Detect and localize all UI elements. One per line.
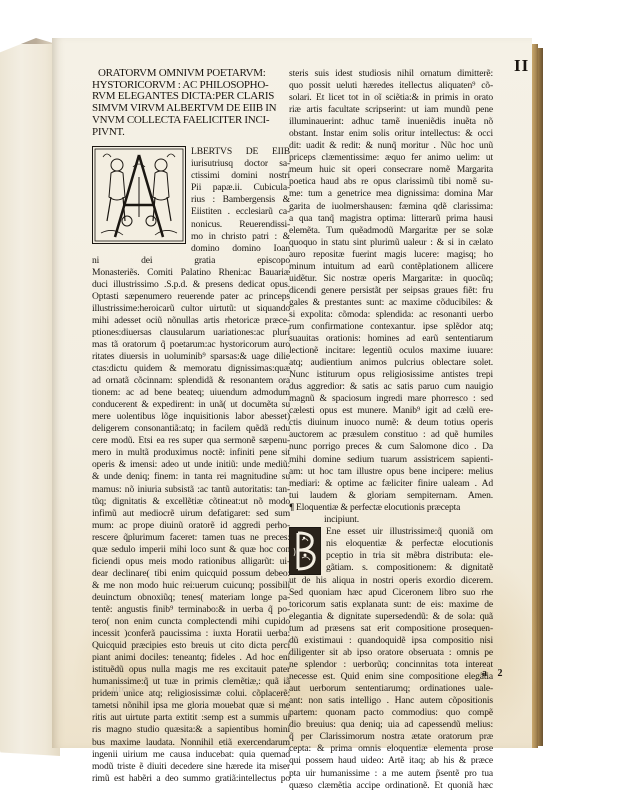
text-line: iurisutriusq doctor sa- bbox=[191, 158, 290, 170]
text-line: magnũ & spaciosum ingredi mare phorresco… bbox=[289, 393, 493, 405]
text-line: tametsi nõnihil ipsa me gloria mouebat q… bbox=[92, 700, 290, 712]
incipit-title: ORATORVM OMNIVM POETARVM: HYSTORICORVM :… bbox=[92, 68, 290, 138]
dedication-opening: LBERTVS DE EIIB iurisutriusq doctor sa- … bbox=[92, 146, 290, 266]
text-line: incessit )conferã paucissima : iuxta Hor… bbox=[92, 628, 290, 640]
text-line: ctissimi domini nostri bbox=[191, 170, 290, 182]
text-line: am: ut hoc tam illustre opus bene incipe… bbox=[289, 466, 493, 478]
text-line: Optasti sæpenumero reuerende pater ac pr… bbox=[92, 291, 290, 303]
dedication-continuation: steris suis idest studiosis nihil ornatu… bbox=[289, 68, 493, 502]
signature-mark: a 2 bbox=[482, 668, 507, 679]
text-line: lectionẽ incitare: legentiũ oculos maxim… bbox=[289, 345, 493, 357]
text-line: me: tum a genetrice mea dignissima: domi… bbox=[289, 188, 493, 200]
text-line: infimũ aut mediocrẽ uirum defatigaret: s… bbox=[92, 508, 290, 520]
text-line: illuminauerint: adhuc tamẽ inueniẽdis in… bbox=[289, 116, 493, 128]
text-line: elegantia & dignitate supersedendũ: & de… bbox=[289, 611, 493, 623]
dedication-body: Monasteriẽs. Comiti Palatino Rheni:ac Ba… bbox=[92, 267, 290, 785]
text-line: LBERTVS DE EIIB bbox=[191, 146, 290, 158]
text-line: mero in multã produximus noctẽ: infiniti… bbox=[92, 447, 290, 459]
text-line: ni dei gratia episcopo bbox=[92, 255, 290, 267]
text-line: tionem: ac ad bene beateq; uiuendum admo… bbox=[92, 387, 290, 399]
text-line: garita de iuolmershausen: fæmina qdẽ cla… bbox=[289, 201, 493, 213]
text-line: mum: ac prope diuinũ oratorẽ id aggredi … bbox=[92, 520, 290, 532]
text-line: solari. Et licet tot in oĩ sciẽtia:& in … bbox=[289, 92, 493, 104]
text-line: conducerent & expedirent: in unã( ut doc… bbox=[92, 399, 290, 411]
title-line: VNVM COLLECTA FAELICITER INCI- bbox=[92, 115, 290, 127]
text-line: & me non modo huic rei:uerum cuicunq; po… bbox=[92, 580, 290, 592]
text-line: mo in christo patri : & bbox=[191, 231, 290, 243]
right-column: steris suis idest studiosis nihil ornatu… bbox=[289, 68, 493, 792]
title-line: ORATORVM OMNIVM POETARVM: bbox=[92, 68, 290, 80]
text-line: elemẽta. Tum quẽadmodũ Margaritæ per se … bbox=[289, 225, 493, 237]
text-line: illustrissime:heroicarũ cultor uirtutũ: … bbox=[92, 303, 290, 315]
shelfmark-stamp: IIIC.2 bbox=[112, 686, 135, 694]
text-line: nonicus. Reuerendissi- bbox=[191, 219, 290, 231]
text-line: aut uerborum sententiarumq; ordinationes… bbox=[289, 683, 493, 695]
left-column: ORATORVM OMNIVM POETARVM: HYSTORICORVM :… bbox=[92, 68, 290, 785]
text-line: rescere q̃plurimum faceret: tamen tuas n… bbox=[92, 532, 290, 544]
text-line: atq; audientium animos pulcrius oblectar… bbox=[289, 357, 493, 369]
folio-number: II bbox=[514, 56, 529, 76]
text-line: quæ sedulo imperii mihi loco sunt & quæ … bbox=[92, 544, 290, 556]
text-line: domino domino Ioan bbox=[191, 243, 290, 255]
text-line: ctas:dictu quidem & memoratu dignissimas… bbox=[92, 363, 290, 375]
treatise-opening: Ene esset uir illustrissime:q̃ quoniã om… bbox=[289, 526, 493, 575]
text-line: dus aggredior: & satis ac satis paruo cu… bbox=[289, 381, 493, 393]
text-line: quo possit ueluti hæredes itellectus ali… bbox=[289, 80, 493, 92]
text-line: diligenter sit ab ipso oratore obseruata… bbox=[289, 647, 493, 659]
text-line: tui laudem & gloriam sempiternam. Amen. bbox=[289, 490, 493, 502]
text-line: ptiones:diuersas clausularum uariationes… bbox=[92, 327, 290, 339]
text-line: poetica haud abs re opus clarissimũ tibi… bbox=[289, 176, 493, 188]
text-line: mihi adesset ociũ nõnullas artis rhetori… bbox=[92, 315, 290, 327]
text-line: Quicquid præcipies esto breuis ut cito d… bbox=[92, 640, 290, 652]
text-line: & unde deniq; finem: in tanta rei magnit… bbox=[92, 471, 290, 483]
text-line: gales & prestantes sunt: ac maxime cõduc… bbox=[289, 297, 493, 309]
pilcrow-icon: ¶ bbox=[289, 502, 294, 513]
text-line: ne splendor : uerborũq; concinnitas tota… bbox=[289, 659, 493, 671]
text-line: tero( non enim cuncta complectendi mihi … bbox=[92, 616, 290, 628]
text-line: rimũ est habẽri a deo summo gratiã:intel… bbox=[92, 773, 290, 785]
text-line: tentẽ: angustis finib⁹ terminabo:& in ue… bbox=[92, 604, 290, 616]
text-line: q̃ per Clarissimorum nostra ætate orator… bbox=[289, 731, 493, 743]
text-line: Eiistiten . ecclesiarũ ca- bbox=[191, 206, 290, 218]
text-line: partem: quonam pacto commodius: quo comp… bbox=[289, 707, 493, 719]
text-line: dicendi genere persistãt per seipsas gra… bbox=[289, 285, 493, 297]
rubric-text: Eloquentiæ & perfectæ elocutionis præcep… bbox=[296, 502, 460, 513]
title-line: RVM ELEGANTES DICTA:PER CLARIS bbox=[92, 91, 290, 103]
text-line: cepta: & prima omnis eloquentiæ elementa… bbox=[289, 743, 493, 755]
text-line: meum huic sit operi consecrare nomẽ Marg… bbox=[289, 164, 493, 176]
text-line: tum ad præsens sat erit compositione pro… bbox=[289, 623, 493, 635]
text-line: steris suis idest studiosis nihil ornatu… bbox=[289, 68, 493, 80]
text-line: auro repositæ fuerint magis lucere: magi… bbox=[289, 249, 493, 261]
text-line: tũq; dignitatis & excellẽtiæ cõtineat:ut… bbox=[92, 496, 290, 508]
text-line: operis & imensi: adeo ut unde initiũ: un… bbox=[92, 459, 290, 471]
verso-page-edge bbox=[0, 38, 60, 756]
text-line: ritis aut uirtute parta extitit :semp es… bbox=[92, 712, 290, 724]
text-line: a qua tanq̃ magistra optima: litterarũ p… bbox=[289, 213, 493, 225]
text-line: Ene esset uir illustrissime:q̃ quoniã om bbox=[326, 526, 493, 538]
text-line: rum confirmatione contexantur. ipse splẽ… bbox=[289, 321, 493, 333]
text-line: rius : Bambergensis & bbox=[191, 194, 290, 206]
text-line: bus maxime laudata. Nonnihil etiã exerce… bbox=[92, 737, 290, 749]
text-line: obstant. Instar enim solis oritur intell… bbox=[289, 128, 493, 140]
section-rubric: ¶Eloquentiæ & perfectæ elocutionis præce… bbox=[289, 502, 493, 526]
text-line: mihi domine sedium tuarum assistricem sa… bbox=[289, 454, 493, 466]
text-line: Monasteriẽs. Comiti Palatino Rheni:ac Ba… bbox=[92, 267, 290, 279]
text-line: si expolita: cõmoda: splendida: ac reson… bbox=[289, 309, 493, 321]
text-line: priceps clæmentissime: æquo fer animo ue… bbox=[289, 152, 493, 164]
text-line: ritates diuersis in uoluminib⁹ sparsas:&… bbox=[92, 351, 290, 363]
text-line: Pii papæ.ii. Cubicula- bbox=[191, 182, 290, 194]
text-line: cælesti opus est munere. Manib⁹ igit ad … bbox=[289, 405, 493, 417]
text-line: gãtiam. s. compositionem: & dignitatẽ bbox=[326, 562, 493, 574]
text-line: ut de his aliqua in nostri operis exordi… bbox=[289, 575, 493, 587]
text-line: dũ existimaui : quandoquidẽ ipsa composi… bbox=[289, 635, 493, 647]
treatise-body: ut de his aliqua in nostri operis exordi… bbox=[289, 575, 493, 792]
text-line: dit: uadit & redit: & nunq̃ moritur . Nũ… bbox=[289, 140, 493, 152]
title-line: HYSTORICORVM : AC PHILOSOPHO- bbox=[92, 80, 290, 92]
text-line: suauitas orationis: homines ad earũ sent… bbox=[289, 333, 493, 345]
text-line: ant: non satis intelligo . Hanc autem cõ… bbox=[289, 695, 493, 707]
text-line: ad ornatã cõcinnam: splendidã & resonant… bbox=[92, 375, 290, 387]
text-line: modũ triste ẽ diuiti decedere sine hæred… bbox=[92, 761, 290, 773]
text-line: uidẽtur. Sic nostræ operis Margaritæ: in… bbox=[289, 273, 493, 285]
woodcut-initial-a-icon bbox=[92, 146, 186, 244]
text-line: qui possem haud uideo: Artẽ itaq; ab his… bbox=[289, 755, 493, 767]
putti-foliage-icon bbox=[93, 147, 185, 243]
text-line: ris magno studio quæsita:& a sapientibus… bbox=[92, 724, 290, 736]
text-line: ctis diuinum inuoco numẽ: & deum totius … bbox=[289, 417, 493, 429]
text-line: ficiendi opus meis modo rationibus allig… bbox=[92, 556, 290, 568]
text-line: necesse est. Quid enim sine compositione… bbox=[289, 671, 493, 683]
text-line: dio breuius: qua deniq; uia ad capessend… bbox=[289, 719, 493, 731]
text-line: mere uolentibus lõge inquisitionis labor… bbox=[92, 411, 290, 423]
text-line: deligerem consonantiã:atq; in facilem qu… bbox=[92, 423, 290, 435]
text-line: Nunc istiturum opus religiosissime antis… bbox=[289, 369, 493, 381]
title-line: SIMVM VIRVM ALBERTVM DE EIIB IN bbox=[92, 103, 290, 115]
text-line: duci illustrissimo .S.p.d. & presens ded… bbox=[92, 279, 290, 291]
woodcut-initial-b-icon bbox=[289, 527, 321, 575]
text-line: deuinctum obnoxiũq; tenes( materiam long… bbox=[92, 592, 290, 604]
text-line: nunc porrigo preces & cum Salomone dico … bbox=[289, 441, 493, 453]
text-line: mas tã oratorum q̃ poetarum:ac hystorico… bbox=[92, 339, 290, 351]
text-line: quæso clæmẽtia accipe ordinationẽ. Et qu… bbox=[289, 780, 493, 792]
text-line: riæ artis facultate scripserint: ut iam … bbox=[289, 104, 493, 116]
text-line: minum intuitum ad earũ contẽplationem al… bbox=[289, 261, 493, 273]
recto-page: II ORATORVM OMNIVM POETARVM: HYSTORICORV… bbox=[52, 38, 532, 748]
title-line: PIVNT. bbox=[92, 127, 290, 139]
text-line: pta uir humanissime : a me autem p̃sentẽ… bbox=[289, 768, 493, 780]
floral-initial-icon bbox=[290, 528, 320, 574]
text-line: mediari: & optime ac fæliciter finire ua… bbox=[289, 478, 493, 490]
text-line: pceptio in tria sit mẽbra distributa: el… bbox=[326, 550, 493, 562]
text-line: auctorem ac præsulem constituo : ad quẽ … bbox=[289, 429, 493, 441]
text-line: ingenii uirium me causa inducebat: quia … bbox=[92, 749, 290, 761]
text-line: istituẽdũ opus nulla magis me res excita… bbox=[92, 664, 290, 676]
text-line: mamus: nõ iniuria subsistã :ac tantũ aut… bbox=[92, 484, 290, 496]
text-line: toricorum satis explanata sunt: de eis: … bbox=[289, 599, 493, 611]
text-line: nis eloquentiæ & perfectæ elocutionis bbox=[326, 538, 493, 550]
text-line: dear declinare( tibi enim quicquid possu… bbox=[92, 568, 290, 580]
rubric-line: ¶Eloquentiæ & perfectæ elocutionis præce… bbox=[289, 502, 493, 514]
text-line: piant animi dociles: teneantq; fideles .… bbox=[92, 652, 290, 664]
text-line: Sed quoniam hæc apud Ciceronem libro suo… bbox=[289, 587, 493, 599]
rubric-line: incipiunt. bbox=[324, 514, 493, 526]
text-line: quoquo in statu sint plurimũ ualeur : & … bbox=[289, 237, 493, 249]
text-line: cere modũ. Etsi ea res super qua sermonẽ… bbox=[92, 435, 290, 447]
